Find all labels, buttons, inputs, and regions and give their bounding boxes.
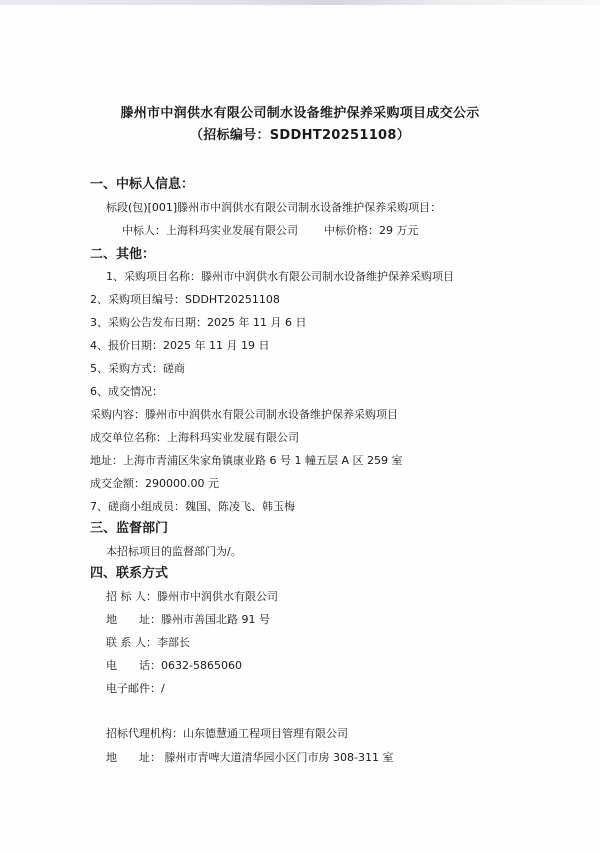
agency-row: 地 址： 滕州市青啤大道清华园小区门市房 308-311 室 bbox=[106, 751, 393, 765]
price-label: 中标价格： bbox=[324, 224, 379, 237]
agency-value: 滕州市青啤大道清华园小区门市房 308-311 室 bbox=[161, 751, 393, 764]
item-value: SDDHT20251108 bbox=[185, 293, 280, 306]
section-2-heading: 二、其他： bbox=[90, 247, 155, 263]
item-label: 3、采购公告发布日期： bbox=[90, 316, 207, 329]
item-label: 4、报价日期： bbox=[90, 339, 163, 352]
section-1-heading: 一、中标人信息： bbox=[90, 177, 194, 193]
section-4-heading: 四、联系方式 bbox=[90, 566, 168, 582]
item-value: 290000.00 元 bbox=[145, 477, 219, 490]
supervision-text: 本招标项目的监督部门为/。 bbox=[106, 545, 242, 559]
contact-label: 电子邮件： bbox=[106, 682, 161, 695]
list-item: 地址：上海市青浦区朱家角镇康业路 6 号 1 幢五层 A 区 259 室 bbox=[90, 454, 403, 468]
winner-line: 中标人：上海科玛实业发展有限公司 bbox=[122, 224, 298, 238]
item-value: 滕州市中润供水有限公司制水设备维护保养采购项目 bbox=[145, 408, 398, 421]
item-label: 2、采购项目编号： bbox=[90, 293, 185, 306]
item-label: 5、采购方式： bbox=[90, 362, 163, 375]
contact-value: / bbox=[161, 682, 165, 695]
list-item: 7、磋商小组成员：魏国、陈凌飞、韩玉梅 bbox=[90, 500, 295, 514]
agency-row: 招标代理机构：山东德慧通工程项目管理有限公司 bbox=[106, 727, 348, 741]
list-item: 成交单位名称：上海科玛实业发展有限公司 bbox=[90, 431, 299, 445]
list-item: 3、采购公告发布日期：2025 年 11 月 6 日 bbox=[90, 316, 306, 330]
price-line: 中标价格：29 万元 bbox=[324, 224, 419, 238]
item-label: 成交金额： bbox=[90, 477, 145, 490]
item-value: 2025 年 11 月 6 日 bbox=[207, 316, 306, 329]
contact-value: 滕州市中润供水有限公司 bbox=[157, 590, 278, 603]
item-value: 上海科玛实业发展有限公司 bbox=[167, 431, 299, 444]
contact-row: 地 址：滕州市善国北路 91 号 bbox=[106, 613, 270, 627]
contact-row: 招 标 人：滕州市中润供水有限公司 bbox=[106, 590, 278, 604]
bid-number: （招标编号：SDDHT20251108） bbox=[0, 124, 600, 143]
item-label: 地址： bbox=[90, 454, 123, 467]
list-item: 2、采购项目编号：SDDHT20251108 bbox=[90, 293, 280, 307]
contact-value: 0632-5865060 bbox=[161, 659, 242, 672]
contact-row: 联 系 人：李部长 bbox=[106, 636, 190, 650]
lot-line: 标段(包)[001]滕州市中润供水有限公司制水设备维护保养采购项目： bbox=[106, 201, 441, 215]
item-value: 滕州市中润供水有限公司制水设备维护保养采购项目 bbox=[201, 270, 454, 283]
list-item: 采购内容：滕州市中润供水有限公司制水设备维护保养采购项目 bbox=[90, 408, 398, 422]
contact-value: 李部长 bbox=[157, 636, 190, 649]
list-item: 成交金额：290000.00 元 bbox=[90, 477, 219, 491]
contact-label: 电 话： bbox=[106, 659, 161, 672]
agency-label: 招标代理机构： bbox=[106, 727, 183, 740]
item-value: 上海市青浦区朱家角镇康业路 6 号 1 幢五层 A 区 259 室 bbox=[123, 454, 403, 467]
contact-row: 电子邮件：/ bbox=[106, 682, 165, 696]
list-item: 6、成交情况： bbox=[90, 385, 163, 399]
item-label: 成交单位名称： bbox=[90, 431, 167, 444]
document-page: 滕州市中润供水有限公司制水设备维护保养采购项目成交公示 （招标编号：SDDHT2… bbox=[0, 0, 600, 853]
agency-value: 山东德慧通工程项目管理有限公司 bbox=[183, 727, 348, 740]
item-label: 7、磋商小组成员： bbox=[90, 500, 185, 513]
item-label: 采购内容： bbox=[90, 408, 145, 421]
item-label: 1、采购项目名称： bbox=[106, 270, 201, 283]
item-value: 2025 年 11 月 19 日 bbox=[163, 339, 269, 352]
contact-label: 联 系 人： bbox=[106, 636, 157, 649]
item-label: 6、成交情况： bbox=[90, 385, 163, 398]
winner-label: 中标人： bbox=[122, 224, 166, 237]
contact-value: 滕州市善国北路 91 号 bbox=[161, 613, 270, 626]
list-item: 5、采购方式：磋商 bbox=[90, 362, 185, 376]
winner-value: 上海科玛实业发展有限公司 bbox=[166, 224, 298, 237]
agency-label: 地 址： bbox=[106, 751, 161, 764]
contact-label: 招 标 人： bbox=[106, 590, 157, 603]
item-value: 磋商 bbox=[163, 362, 185, 375]
section-3-heading: 三、监督部门 bbox=[90, 521, 168, 537]
document-title: 滕州市中润供水有限公司制水设备维护保养采购项目成交公示 bbox=[0, 102, 600, 121]
contact-row: 电 话：0632-5865060 bbox=[106, 659, 242, 673]
item-value: 魏国、陈凌飞、韩玉梅 bbox=[185, 500, 295, 513]
list-item: 1、采购项目名称：滕州市中润供水有限公司制水设备维护保养采购项目 bbox=[106, 270, 454, 284]
price-value: 29 万元 bbox=[379, 224, 419, 237]
contact-label: 地 址： bbox=[106, 613, 161, 626]
list-item: 4、报价日期：2025 年 11 月 19 日 bbox=[90, 339, 269, 353]
